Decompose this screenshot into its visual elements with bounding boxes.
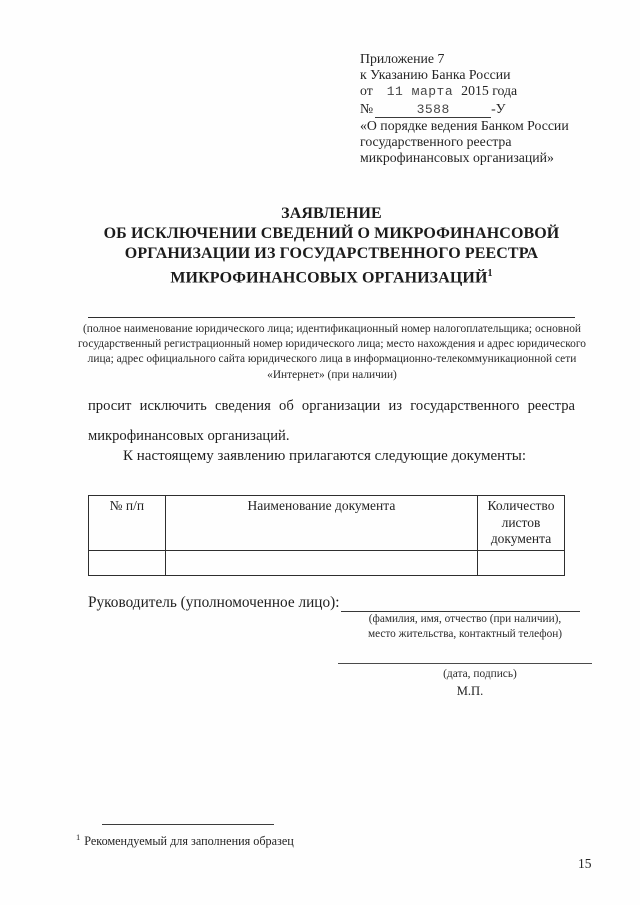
footnote: 1Рекомендуемый для заполнения образец	[76, 832, 476, 849]
attachments-paragraph: К настоящему заявлению прилагаются следу…	[88, 448, 575, 465]
directive-reference: к Указанию Банка России	[360, 67, 600, 83]
title-footnote-ref: 1	[488, 268, 493, 279]
signature-row: Руководитель (уполномоченное лицо):	[88, 594, 580, 612]
signature-label: Руководитель (уполномоченное лицо):	[88, 594, 339, 612]
signature-name-caption-line: (фамилия, имя, отчество (при наличии),	[345, 612, 585, 627]
date-signature-fill-line	[338, 663, 592, 664]
date-signature-caption: (дата, подпись)	[380, 668, 580, 680]
table-header-document-name: Наименование документа	[165, 496, 477, 551]
number-prefix: №	[360, 101, 373, 116]
signature-fill-line	[341, 594, 580, 612]
table-header-number: № п/п	[89, 496, 166, 551]
number-fill: 3588	[417, 102, 450, 117]
directive-title-line: «О порядке ведения Банком России	[360, 118, 600, 134]
appendix-label: Приложение 7	[360, 51, 600, 67]
signature-name-caption-line: место жительства, контактный телефон)	[345, 627, 585, 642]
table-header-sheet-count: Количество листов документа	[478, 496, 565, 551]
organization-caption-line: государственный регистрационный номер юр…	[72, 337, 592, 352]
directive-date-line: от11 марта2015 года	[360, 83, 600, 100]
table-empty-row	[89, 550, 565, 575]
request-line: микрофинансовых организаций.	[88, 421, 575, 451]
request-line: просит исключить сведения об организации…	[88, 391, 575, 421]
date-prefix: от	[360, 83, 373, 98]
footnote-text: Рекомендуемый для заполнения образец	[84, 834, 294, 848]
date-fill: 11 марта	[387, 84, 453, 99]
title-line: МИКРОФИНАНСОВЫХ ОРГАНИЗАЦИЙ1	[88, 264, 575, 288]
table-cell-sheet-count	[478, 550, 565, 575]
organization-caption-line: лица; адрес официального сайта юридическ…	[72, 352, 592, 367]
header-reference-block: Приложение 7 к Указанию Банка России от1…	[360, 51, 600, 166]
organization-fill-line	[88, 317, 575, 318]
organization-caption-line: (полное наименование юридического лица; …	[72, 322, 592, 337]
title-line: ЗАЯВЛЕНИЕ	[88, 204, 575, 224]
directive-title-line: государственного реестра	[360, 134, 600, 150]
document-page: Приложение 7 к Указанию Банка России от1…	[0, 0, 640, 905]
organization-caption: (полное наименование юридического лица; …	[72, 322, 592, 383]
table-cell-document-name	[165, 550, 477, 575]
footnote-ref: 1	[76, 832, 80, 842]
directive-title-line: микрофинансовых организаций»	[360, 150, 600, 166]
page-number: 15	[578, 856, 592, 872]
table-cell-number	[89, 550, 166, 575]
date-suffix: 2015 года	[461, 83, 517, 98]
directive-number-line: №3588-У	[360, 101, 600, 118]
title-line: ОБ ИСКЛЮЧЕНИИ СВЕДЕНИЙ О МИКРОФИНАНСОВОЙ	[88, 224, 575, 244]
document-title: ЗАЯВЛЕНИЕ ОБ ИСКЛЮЧЕНИИ СВЕДЕНИЙ О МИКРО…	[88, 204, 575, 288]
title-line: ОРГАНИЗАЦИИ ИЗ ГОСУДАРСТВЕННОГО РЕЕСТРА	[88, 244, 575, 264]
table-header-row: № п/п Наименование документа Количество …	[89, 496, 565, 551]
organization-caption-line: «Интернет» (при наличии)	[72, 368, 592, 383]
stamp-label: М.П.	[380, 684, 560, 699]
documents-table: № п/п Наименование документа Количество …	[88, 495, 565, 576]
number-suffix: -У	[491, 101, 505, 116]
signature-name-caption: (фамилия, имя, отчество (при наличии), м…	[345, 612, 585, 642]
number-blank-line: 3588	[375, 102, 491, 118]
request-paragraph: просит исключить сведения об организации…	[88, 391, 575, 451]
footnote-separator	[102, 824, 274, 825]
